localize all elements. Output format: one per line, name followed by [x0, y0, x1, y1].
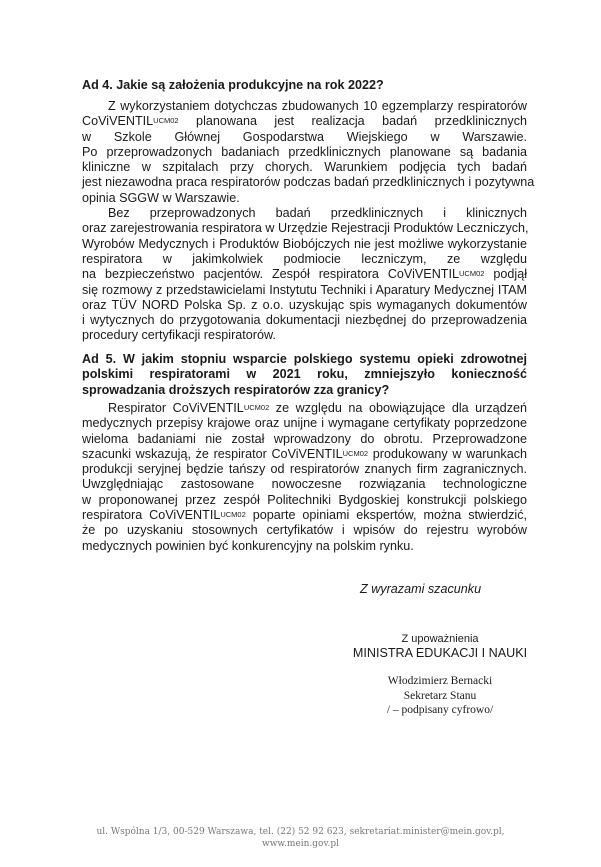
text-line: szacunki wskazują, że respirator CoViVEN…: [82, 447, 527, 462]
text-line: Uwzględniając zastosowane nowoczesne roz…: [82, 477, 527, 492]
text-line: respiratora CoViVENTILUCM02 poparte opin…: [82, 508, 527, 523]
text-line: medycznych powinien być konkurencyjny na…: [82, 539, 527, 554]
model-superscript: UCM02: [459, 269, 484, 278]
footer-address: ul. Wspólna 1/3, 00-529 Warszawa, tel. (…: [0, 826, 601, 838]
text-line: kliniczne w szpitalach przy chorych. War…: [82, 160, 527, 175]
text-line: respiratora w jakimkolwiek podmiocie lec…: [82, 252, 527, 267]
text-line: oraz TÜV NORD Polska Sp. z o.o. uzyskują…: [82, 298, 527, 313]
footer-website[interactable]: www.mein.gov.pl: [0, 838, 601, 850]
text-line: w Szkole Głównej Gospodarstwa Wiejskiego…: [82, 130, 527, 145]
text-line: się rozmowy z przedstawicielami Instytut…: [82, 283, 527, 298]
section-4-heading: Ad 4. Jakie są założenia produkcyjne na …: [82, 78, 527, 93]
closing-salutation: Z wyrazami szacunku: [360, 582, 481, 596]
text-line: produkcji seryjnej będzie tańszy od resp…: [82, 462, 527, 477]
text-line: wieloma badaniami nie został wprowadzony…: [82, 432, 527, 447]
text-line: opinia SGGW w Warszawie.: [82, 191, 527, 206]
text-line: procedury certyfikacji respiratorów.: [82, 328, 527, 343]
model-superscript: UCM02: [153, 116, 178, 125]
text-line: Po przeprowadzonych badaniach przedklini…: [82, 145, 527, 160]
heading-line: Ad 5. W jakim stopniu wsparcie polskiego…: [82, 352, 527, 367]
section-4-body: Z wykorzystaniem dotychczas zbudowanych …: [82, 99, 527, 344]
footer: ul. Wspólna 1/3, 00-529 Warszawa, tel. (…: [0, 826, 601, 850]
signatory-name: Włodzimierz Bernacki: [330, 674, 550, 689]
text-line: i wytycznych do przygotowania dokumentac…: [82, 313, 527, 328]
signed-digitally-note: / – podpisany cyfrowo/: [330, 703, 550, 718]
text-line: oraz zarejestrowania respiratora w Urzęd…: [82, 221, 527, 236]
heading-line: sprowadzania droższych respiratorów zza …: [82, 383, 527, 398]
signatory-block: Włodzimierz Bernacki Sekretarz Stanu / –…: [330, 674, 550, 718]
model-superscript: UCM02: [343, 449, 368, 458]
section-5-heading: Ad 5. W jakim stopniu wsparcie polskiego…: [82, 352, 527, 398]
text-line: w proponowanej przez zespół Politechniki…: [82, 493, 527, 508]
heading-line: polskimi respiratorami w 2021 roku, zmni…: [82, 367, 527, 382]
text-line: medycznych przepisy krajowe oraz unijne …: [82, 416, 527, 431]
section-5-body: Respirator CoViVENTILUCM02 ze względu na…: [82, 401, 527, 554]
text-line: Bez przeprowadzonych badań przedkliniczn…: [82, 206, 527, 221]
text-line: na bezpieczeństwo pacjentów. Zespół resp…: [82, 267, 527, 282]
model-superscript: UCM02: [220, 510, 245, 519]
model-superscript: UCM02: [244, 403, 269, 412]
signatory-title: Sekretarz Stanu: [330, 689, 550, 704]
text-line: Respirator CoViVENTILUCM02 ze względu na…: [82, 401, 527, 416]
heading-text: Ad 4. Jakie są założenia produkcyjne na …: [82, 78, 527, 93]
text-line: jest niezawodna praca respiratorów podcz…: [82, 175, 527, 190]
text-line: Wyrobów Medycznych i Produktów Biobójczy…: [82, 237, 527, 252]
text-line: CoViVENTILUCM02 planowana jest realizacj…: [82, 114, 527, 129]
authority-prefix: Z upoważnienia: [330, 633, 550, 645]
text-line: Z wykorzystaniem dotychczas zbudowanych …: [82, 99, 527, 114]
document-page: Ad 4. Jakie są założenia produkcyjne na …: [0, 0, 601, 867]
text-line: że po uzyskaniu stosownych certyfikatów …: [82, 523, 527, 538]
authority-name: MINISTRA EDUKACJI I NAUKI: [330, 646, 550, 660]
